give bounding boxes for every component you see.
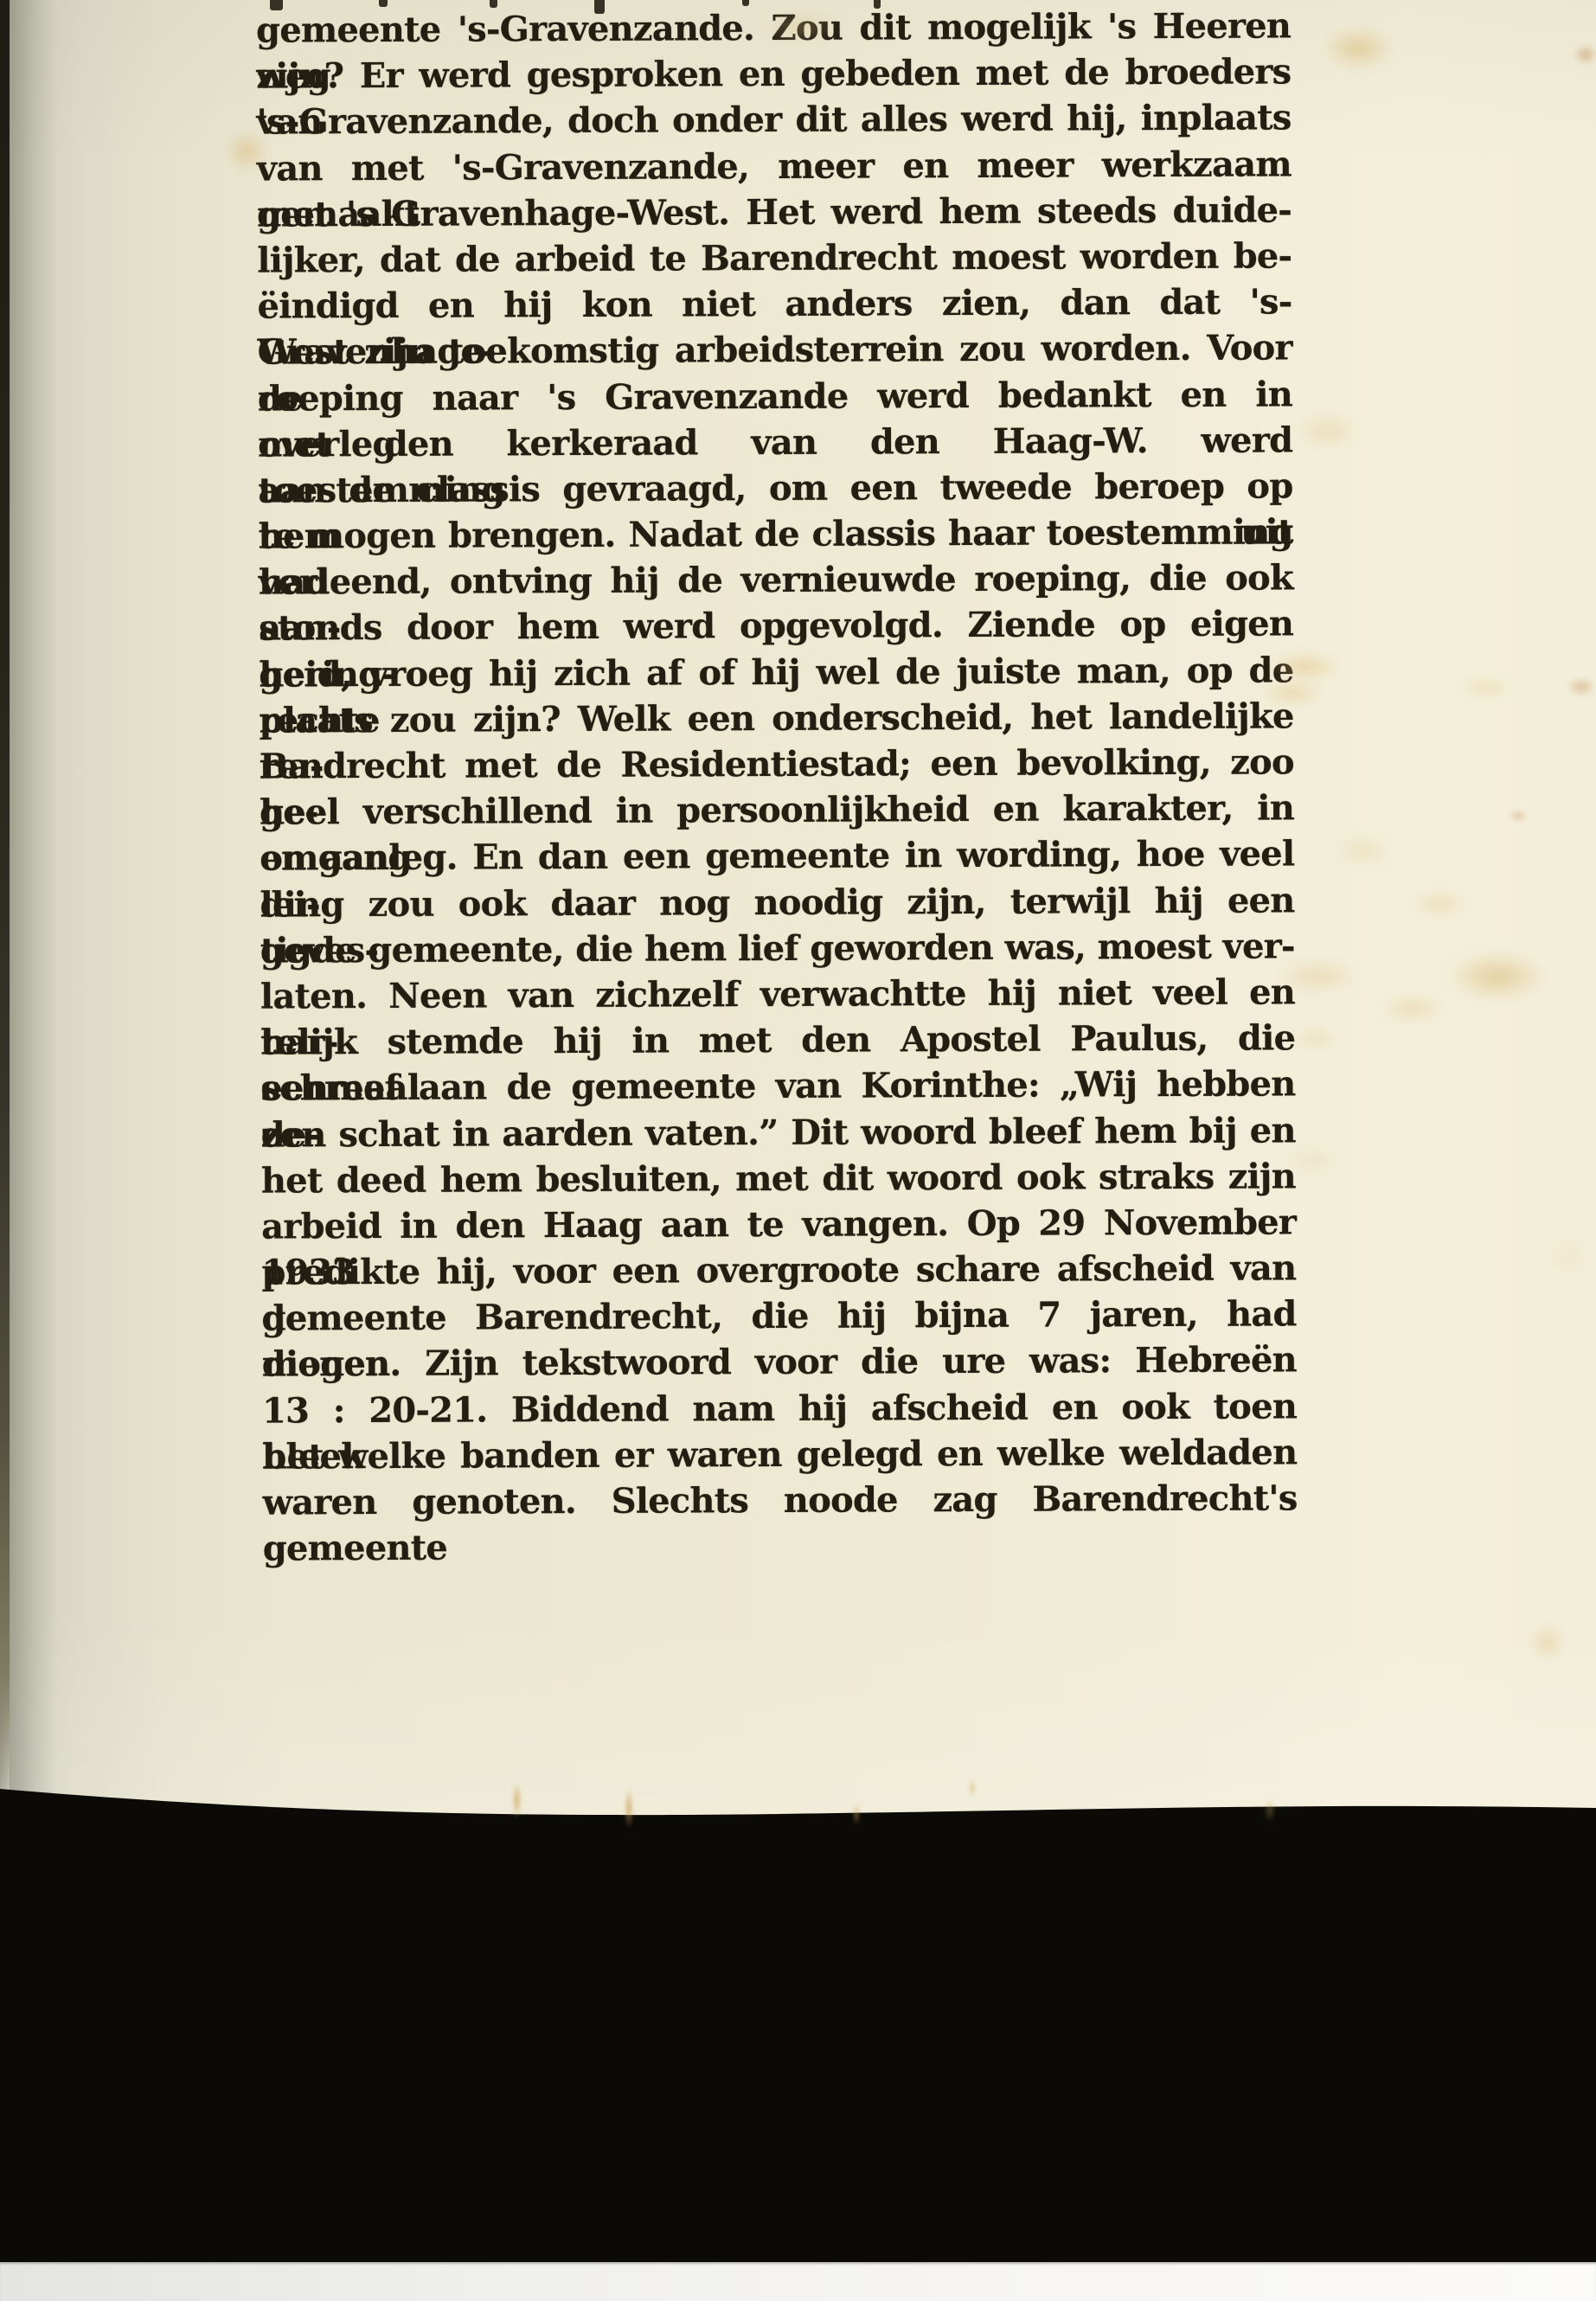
paper-stain <box>1261 682 1324 704</box>
paper-stain <box>1449 953 1546 1000</box>
text-line: rendrecht met de Residentiestad; een bev… <box>260 739 1294 789</box>
text-line: heid, vroeg hij zich af of hij wel de ju… <box>259 647 1293 697</box>
paper-stain <box>1382 997 1443 1021</box>
paper-stain <box>1547 1244 1590 1270</box>
paper-stain <box>1298 413 1358 448</box>
paper-stain <box>1574 45 1596 64</box>
text-line: het welke banden er waren gelegd en welk… <box>262 1429 1297 1479</box>
text-line: te mogen brengen. Nadat de classis haar … <box>259 509 1293 559</box>
spine-shadow <box>10 0 57 1795</box>
paper-stain <box>969 1779 976 1798</box>
text-line: schreef aan de gemeente van Korinthe: „W… <box>260 1061 1295 1112</box>
text-line: het deed hem besluiten, met dit woord oo… <box>261 1153 1296 1203</box>
text-line: ëindigd en hij kon niet anders zien, dan… <box>257 279 1292 330</box>
paper-stain <box>625 1787 633 1829</box>
text-line: 's-Gravenzande, doch onder dit alles wer… <box>256 95 1291 145</box>
book-spine-edge <box>0 0 10 1799</box>
text-line: stonds door hem werd opgevolgd. Ziende o… <box>259 601 1293 651</box>
text-line: 13 : 20-21. Biddend nam hij afscheid en … <box>262 1383 1297 1433</box>
paper-stain <box>1567 678 1595 695</box>
text-line: aan de classis gevraagd, om een tweede b… <box>258 463 1292 513</box>
paper-stain <box>1332 836 1393 865</box>
text-line: tigde gemeente, die hem lief geworden wa… <box>260 923 1295 973</box>
paper-stain <box>1460 678 1512 697</box>
paper-stain <box>1529 1625 1566 1661</box>
text-line: waren genoten. Slechts noode zag Barendr… <box>262 1475 1297 1525</box>
paper-stain <box>1324 28 1393 69</box>
text-line: met den kerkeraad van den Haag-W. werd t… <box>258 417 1292 467</box>
paper-stain <box>227 131 266 171</box>
paper-stain <box>1413 893 1466 915</box>
text-line: West zijn toekomstig arbeidsterrein zou … <box>258 325 1292 375</box>
paper-stain <box>853 1803 860 1825</box>
text-line: en aanleg. En dan een gemeente in wordin… <box>260 831 1294 881</box>
text-line: laten. Neen van zichzelf verwachtte hij … <box>260 969 1295 1019</box>
paper-stain <box>1266 1798 1274 1822</box>
text-line: roeping naar 's Gravenzande werd bedankt… <box>258 371 1292 421</box>
scan-bottom-strip <box>0 2262 1596 2301</box>
text-line: ding zou ook daar nog noodig zijn, terwi… <box>260 877 1294 927</box>
text-line: dienen. Zijn tekstwoord voor die ure was… <box>262 1337 1297 1388</box>
scan-black-area <box>0 1773 1596 2264</box>
paper-stain <box>512 1782 522 1818</box>
paper-stain <box>1287 1149 1339 1171</box>
text-line: zen schat in aarden vaten.” Dit woord bl… <box>261 1107 1296 1157</box>
text-line: arbeid in den Haag aan te vangen. Op 29 … <box>261 1199 1296 1249</box>
text-line: plaats zou zijn? Welk een onderscheid, h… <box>259 693 1293 743</box>
text-line: verleend, ontving hij de vernieuwde roep… <box>259 555 1293 606</box>
text-line: met 's Gravenhage-West. Het werd hem ste… <box>257 187 1292 237</box>
cut-off-glyph-fragment <box>379 0 388 7</box>
text-line: telijk stemde hij in met den Apostel Pau… <box>260 1016 1295 1066</box>
paper-stain <box>1509 810 1528 822</box>
page-text-block: gemeente 's-Gravenzande. Zou dit mogelij… <box>256 3 1298 1525</box>
text-line: lijker, dat de arbeid te Barendrecht moe… <box>257 233 1292 283</box>
text-line: gemeente Barendrecht, die hij bijna 7 ja… <box>262 1292 1297 1342</box>
paper-stain <box>1279 962 1358 991</box>
scanned-book-page: gemeente 's-Gravenzande. Zou dit mogelij… <box>0 0 1596 2301</box>
paper-stain <box>1270 653 1341 681</box>
paper-stain <box>761 14 839 40</box>
text-line: van met 's-Gravenzande, meer en meer wer… <box>257 141 1292 191</box>
paper-stain <box>1292 1029 1340 1048</box>
text-line: heel verschillend in persoonlijkheid en … <box>260 785 1294 836</box>
text-line: zijn? Er werd gesproken en gebeden met d… <box>256 49 1291 99</box>
text-line: predikte hij, voor een overgroote schare… <box>261 1245 1296 1295</box>
